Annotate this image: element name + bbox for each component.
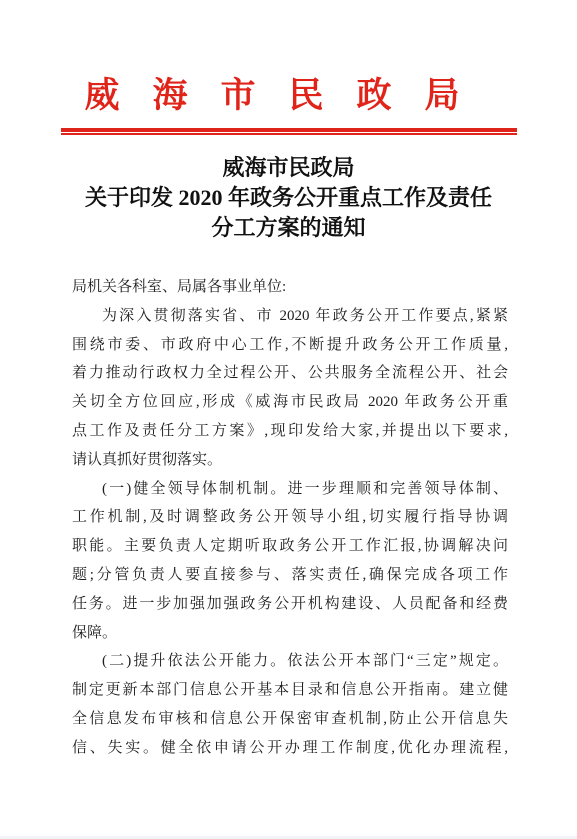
body-line: 为深入贯彻落实省、市 2020 年政务公开工作要点,紧紧	[72, 302, 508, 331]
body-line: 制定更新本部门信息公开基本目录和信息公开指南。建立健	[72, 676, 508, 705]
body-line: 点工作及责任分工方案》,现印发给大家,并提出以下要求,	[72, 417, 508, 446]
body-line: (二)提升依法公开能力。依法公开本部门“三定”规定。	[72, 647, 508, 676]
body-line: 任务。进一步加强加强政务公开机构建设、人员配备和经费	[72, 590, 508, 619]
body-line: 关切全方位回应,形成《威海市民政局 2020 年政务公开重	[72, 388, 508, 417]
body-line: 工作机制,及时调整政务公开领导小组,切实履行指导协调	[72, 503, 508, 532]
document-title-line-2: 关于印发 2020 年政务公开重点工作及责任	[0, 183, 577, 213]
body-line: 全信息发布审核和信息公开保密审查机制,防止公开信息失	[72, 705, 508, 734]
document-page: 威海市民政局 威海市民政局 关于印发 2020 年政务公开重点工作及责任 分工方…	[0, 0, 577, 839]
document-title-line-1: 威海市民政局	[0, 153, 577, 183]
body-line: 信、失实。健全依申请公开办理工作制度,优化办理流程,	[72, 734, 508, 763]
body-line: 保障。	[72, 619, 508, 648]
letterhead-agency-name: 威海市民政局	[0, 0, 577, 115]
body-line: 围绕市委、市政府中心工作,不断提升政务公开工作质量,	[72, 331, 508, 360]
body-line: 着力推动行政权力全过程公开、公共服务全流程公开、社会	[72, 359, 508, 388]
document-title-line-3: 分工方案的通知	[0, 213, 577, 243]
body-line: 请认真抓好贯彻落实。	[72, 446, 508, 475]
paragraph: (二)提升依法公开能力。依法公开本部门“三定”规定。制定更新本部门信息公开基本目…	[72, 647, 508, 762]
document-title: 威海市民政局 关于印发 2020 年政务公开重点工作及责任 分工方案的通知	[0, 153, 577, 243]
body-line: (一)健全领导体制机制。进一步理顺和完善领导体制、	[72, 475, 508, 504]
letterhead-divider-rule	[61, 128, 517, 135]
body-line: 职能。主要负责人定期听取政务公开工作汇报,协调解决问	[72, 532, 508, 561]
body-line: 局机关各科室、局属各事业单位:	[72, 273, 508, 302]
paragraph: 局机关各科室、局属各事业单位:	[72, 273, 508, 302]
paragraph: 为深入贯彻落实省、市 2020 年政务公开工作要点,紧紧围绕市委、市政府中心工作…	[72, 302, 508, 475]
paragraph: (一)健全领导体制机制。进一步理顺和完善领导体制、工作机制,及时调整政务公开领导…	[72, 475, 508, 648]
document-body: 局机关各科室、局属各事业单位:为深入贯彻落实省、市 2020 年政务公开工作要点…	[72, 273, 508, 763]
body-line: 题;分管负责人要直接参与、落实责任,确保完成各项工作	[72, 561, 508, 590]
